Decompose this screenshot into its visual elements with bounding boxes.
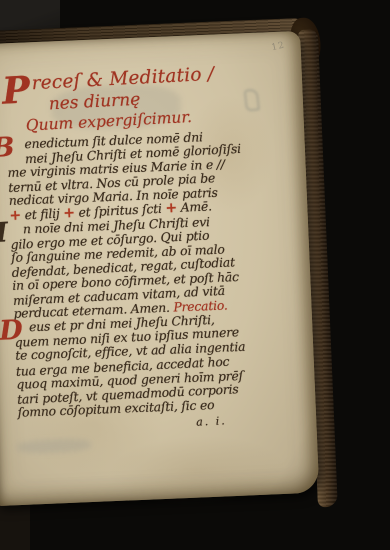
text-segment: Amē. xyxy=(177,199,213,216)
ink-showthrough-smudge xyxy=(17,438,91,454)
paragraph: Deus et pr dni mei Jheſu Chriſti,quem ne… xyxy=(14,311,274,420)
paragraph: In noīe dni mei Jheſu Chriſti evigilo er… xyxy=(10,212,270,321)
title-initial-capital: P xyxy=(1,73,30,106)
parchment-stain xyxy=(105,432,288,509)
body-text: Benedictum ſit dulce nomē dnimei Jheſu C… xyxy=(6,128,274,420)
title-heading: P receſ & Meditatio / nes diurnę Quum ex… xyxy=(3,61,262,136)
folio-number-pencil: 12 xyxy=(270,41,285,54)
quire-signature: a. i. xyxy=(196,412,274,428)
manuscript-book: 12 P receſ & Meditatio / nes diurnę Quum… xyxy=(0,17,342,531)
photograph-background: 12 P receſ & Meditatio / nes diurnę Quum… xyxy=(0,0,390,550)
manuscript-page: 12 P receſ & Meditatio / nes diurnę Quum… xyxy=(0,31,319,506)
text-block: P receſ & Meditatio / nes diurnę Quum ex… xyxy=(3,63,274,436)
paragraph: Benedictum ſit dulce nomē dnimei Jheſu C… xyxy=(6,128,265,223)
initial-capital: I xyxy=(0,220,8,247)
